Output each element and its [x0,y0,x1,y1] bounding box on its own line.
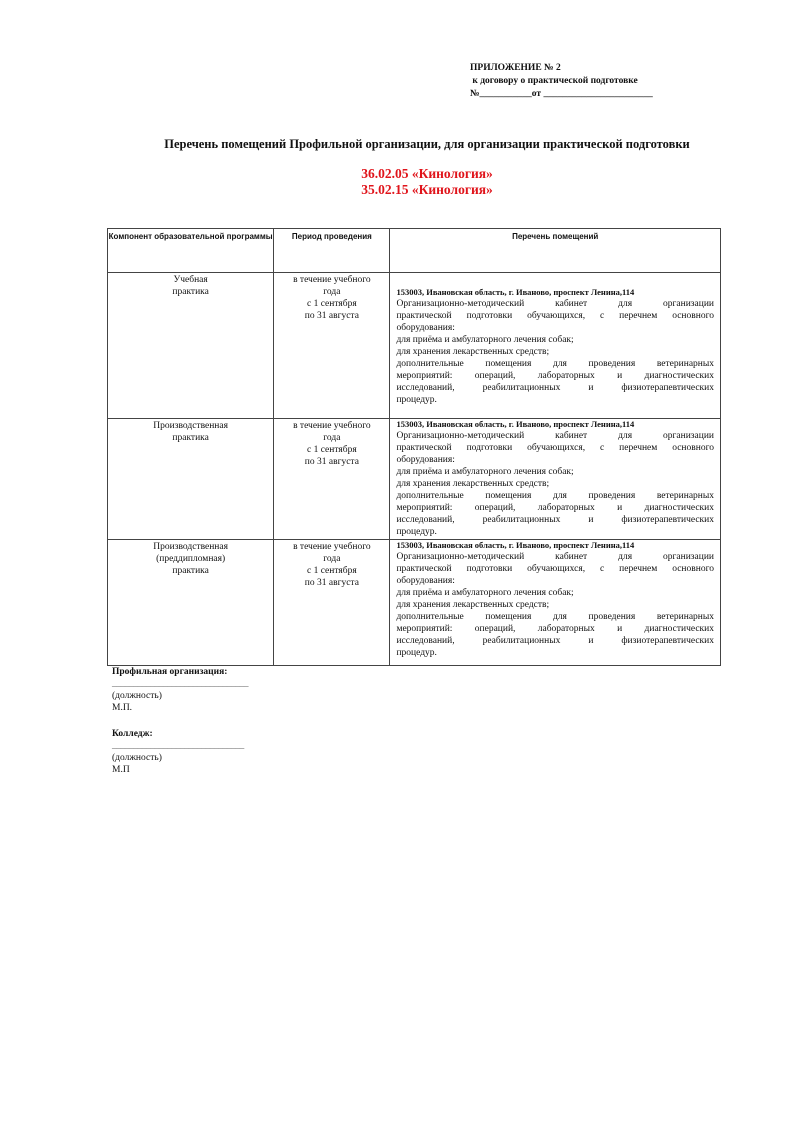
appendix-number: ПРИЛОЖЕНИЕ № 2 [470,62,653,75]
appendix-contract-number-date: №___________от _______________________ [470,88,653,101]
specialty-codes: 36.02.05 «Кинология» 35.02.15 «Кинология… [0,166,794,198]
component-line: Производственная [108,420,273,432]
table-header-row: Компонент образовательной программы Пери… [108,229,721,273]
period-line: с 1 сентября [274,565,389,577]
room-description-line: оборудования: [396,454,714,466]
component-line: Учебная [108,274,273,286]
room-description-line: Организационно-методический кабинет для … [396,551,714,563]
address: 153003, Ивановская область, г. Иваново, … [396,419,714,430]
period-line: года [274,553,389,565]
room-description-line: исследований, реабилитационных и физиоте… [396,514,714,526]
period-line: года [274,432,389,444]
component-line: практика [108,432,273,444]
period-line: года [274,286,389,298]
room-description-line: практической подготовки обучающихся, с п… [396,442,714,454]
period-line: по 31 августа [274,577,389,589]
table-row: Производственнаяпрактикав течение учебно… [108,419,721,540]
period-line: в течение учебного [274,541,389,553]
room-description-line: оборудования: [396,575,714,587]
rooms-cell: 153003, Ивановская область, г. Иваново, … [390,540,721,666]
component-line: практика [108,286,273,298]
college-signature-heading: Колледж: [112,728,248,740]
table-row: Учебнаяпрактикав течение учебногогодас 1… [108,273,721,419]
component-cell: Производственная(преддипломная)практика [108,540,274,666]
component-line: Производственная [108,541,273,553]
component-line: практика [108,565,273,577]
room-description-line: дополнительные помещения для проведения … [396,358,714,370]
specialty-code: 36.02.05 «Кинология» [0,166,794,182]
room-description-line: мероприятий: операций, лабораторных и ди… [396,370,714,382]
room-description-line: процедур. [396,394,714,406]
period-line: по 31 августа [274,456,389,468]
room-description-line: оборудования: [396,322,714,334]
appendix-header: ПРИЛОЖЕНИЕ № 2 к договору о практической… [470,62,653,101]
period-line: в течение учебного [274,274,389,286]
period-cell: в течение учебногогодас 1 сентябряпо 31 … [274,419,390,540]
component-cell: Производственнаяпрактика [108,419,274,540]
room-description-line: Организационно-методический кабинет для … [396,298,714,310]
document-title: Перечень помещений Профильной организаци… [0,137,794,152]
header-component: Компонент образовательной программы [108,229,274,273]
room-description-line: практической подготовки обучающихся, с п… [396,563,714,575]
room-description-line: для приёма и амбулаторного лечения собак… [396,466,714,478]
rooms-cell: 153003, Ивановская область, г. Иваново, … [390,273,721,419]
room-description-line: мероприятий: операций, лабораторных и ди… [396,502,714,514]
org-signature-heading: Профильная организация: [112,666,248,678]
room-description-line: для хранения лекарственных средств; [396,346,714,358]
room-description-line: Организационно-методический кабинет для … [396,430,714,442]
room-description-line: для приёма и амбулаторного лечения собак… [396,334,714,346]
period-line: по 31 августа [274,310,389,322]
component-line: (преддипломная) [108,553,273,565]
room-description-line: для хранения лекарственных средств; [396,599,714,611]
header-period: Период проведения [274,229,390,273]
org-signature-line: ________________________________ [112,678,248,690]
college-stamp-label: М.П [112,764,248,776]
room-description-line: для приёма и амбулаторного лечения собак… [396,587,714,599]
room-description-line: мероприятий: операций, лабораторных и ди… [396,623,714,635]
org-position-label: (должность) [112,690,248,702]
period-line: в течение учебного [274,420,389,432]
address: 153003, Ивановская область, г. Иваново, … [396,540,714,551]
period-line: с 1 сентября [274,298,389,310]
header-rooms: Перечень помещений [390,229,721,273]
specialty-code: 35.02.15 «Кинология» [0,182,794,198]
table-row: Производственная(преддипломная)практикав… [108,540,721,666]
appendix-contract-ref: к договору о практической подготовке [470,75,653,88]
room-description-line: дополнительные помещения для проведения … [396,611,714,623]
room-description-line: исследований, реабилитационных и физиоте… [396,382,714,394]
rooms-cell: 153003, Ивановская область, г. Иваново, … [390,419,721,540]
signatures-block: Профильная организация: ________________… [112,666,248,776]
room-description-line: дополнительные помещения для проведения … [396,490,714,502]
component-cell: Учебнаяпрактика [108,273,274,419]
document-title-text: Перечень помещений Профильной организаци… [164,137,690,152]
period-cell: в течение учебногогодас 1 сентябряпо 31 … [274,273,390,419]
room-description-line: практической подготовки обучающихся, с п… [396,310,714,322]
room-description-line: процедур. [396,526,714,538]
room-description-line: для хранения лекарственных средств; [396,478,714,490]
period-line: с 1 сентября [274,444,389,456]
college-signature-line: _______________________________ [112,740,248,752]
period-cell: в течение учебногогодас 1 сентябряпо 31 … [274,540,390,666]
rooms-table: Компонент образовательной программы Пери… [107,228,721,666]
room-description-line: исследований, реабилитационных и физиоте… [396,635,714,647]
org-stamp-label: М.П. [112,702,248,714]
room-description-line: процедур. [396,647,714,659]
address: 153003, Ивановская область, г. Иваново, … [396,287,714,298]
college-position-label: (должность) [112,752,248,764]
